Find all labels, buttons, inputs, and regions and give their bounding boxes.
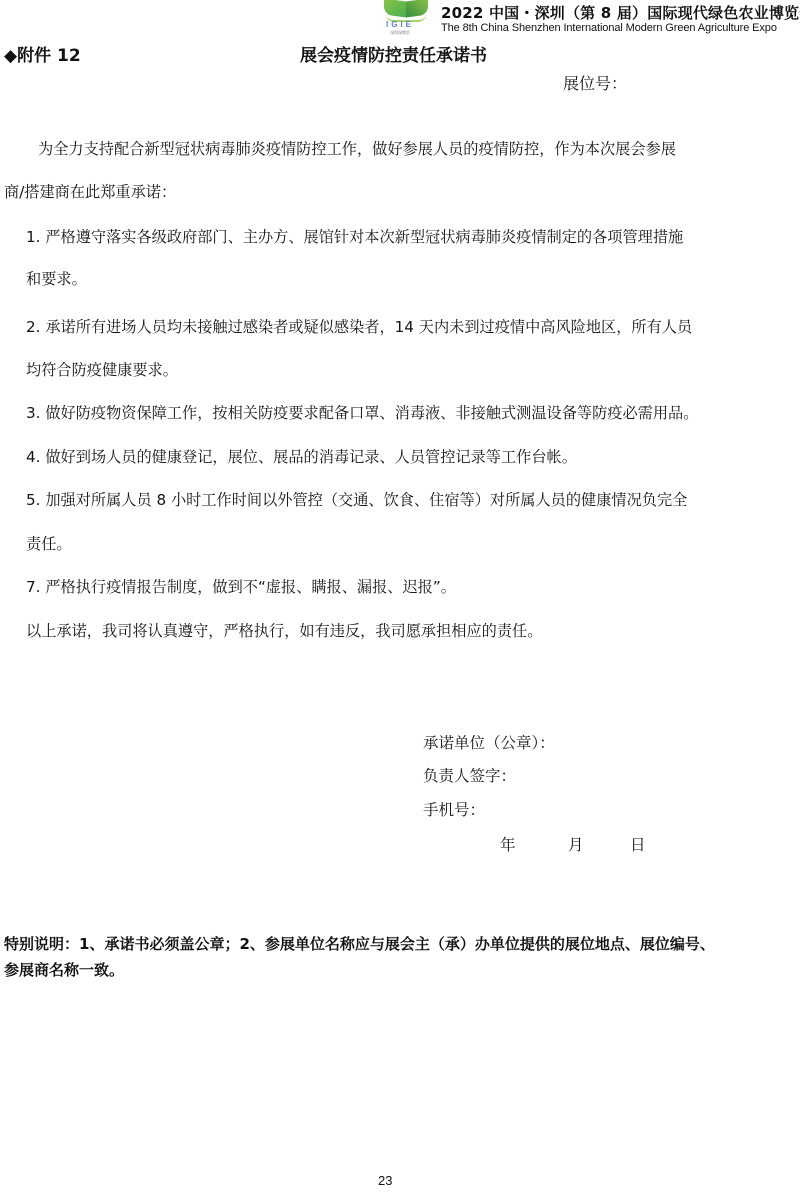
header-title-en: The 8th China Shenzhen International Mod… bbox=[441, 22, 777, 34]
closing-statement: 以上承诺，我司将认真遵守，严格执行，如有违反，我司愿承担相应的责任。 bbox=[26, 620, 542, 641]
annex-label: ◆附件 12 bbox=[4, 41, 81, 66]
commitment-item-5-cont: 责任。 bbox=[26, 533, 72, 554]
commitment-item-4: 4. 做好到场人员的健康登记，展位、展品的消毒记录、人员管控记录等工作台帐。 bbox=[26, 446, 577, 467]
commitment-item-7: 7. 严格执行疫情报告制度，做到不“虚报、瞒报、漏报、迟报”。 bbox=[26, 576, 456, 597]
date-year-label: 年 bbox=[500, 833, 516, 855]
company-seal-label: 承诺单位（公章）： bbox=[423, 731, 555, 753]
commitment-item-1: 1. 严格遵守落实各级政府部门、主办方、展馆针对本次新型冠状病毒肺炎疫情制定的各… bbox=[26, 226, 683, 247]
logo-tagline: 深圳绿博会 bbox=[390, 30, 410, 36]
header-title-cn: 2022 中国・深圳（第 8 届）国际现代绿色农业博览会 bbox=[441, 2, 800, 23]
commitment-item-3: 3. 做好防疫物资保障工作，按相关防疫要求配备口罩、消毒液、非接触式测温设备等防… bbox=[26, 402, 698, 423]
intro-paragraph-line2: 商/搭建商在此郑重承诺： bbox=[4, 181, 176, 202]
page-number: 23 bbox=[378, 1173, 392, 1188]
logo-acronym: IGIE bbox=[386, 20, 414, 29]
expo-logo: IGIE 深圳绿博会 bbox=[380, 0, 432, 38]
commitment-item-2-cont: 均符合防疫健康要求。 bbox=[26, 359, 178, 380]
intro-paragraph-line1: 为全力支持配合新型冠状病毒肺炎疫情防控工作，做好参展人员的疫情防控，作为本次展会… bbox=[38, 138, 676, 159]
special-note-line1: 特别说明：1、承诺书必须盖公章；2、参展单位名称应与展会主（承）办单位提供的展位… bbox=[4, 933, 715, 954]
date-day-label: 日 bbox=[630, 833, 646, 855]
document-title: 展会疫情防控责任承诺书 bbox=[300, 41, 487, 66]
booth-number-label: 展位号： bbox=[563, 71, 627, 94]
special-note-line2: 参展商名称一致。 bbox=[4, 959, 124, 980]
commitment-item-1-cont: 和要求。 bbox=[26, 268, 87, 289]
person-signature-label: 负责人签字： bbox=[423, 764, 516, 786]
commitment-item-2: 2. 承诺所有进场人员均未接触过感染者或疑似感染者，14 天内未到过疫情中高风险… bbox=[26, 316, 692, 337]
date-month-label: 月 bbox=[568, 833, 584, 855]
phone-label: 手机号： bbox=[423, 798, 485, 820]
commitment-item-5: 5. 加强对所属人员 8 小时工作时间以外管控（交通、饮食、住宿等）对所属人员的… bbox=[26, 489, 687, 510]
